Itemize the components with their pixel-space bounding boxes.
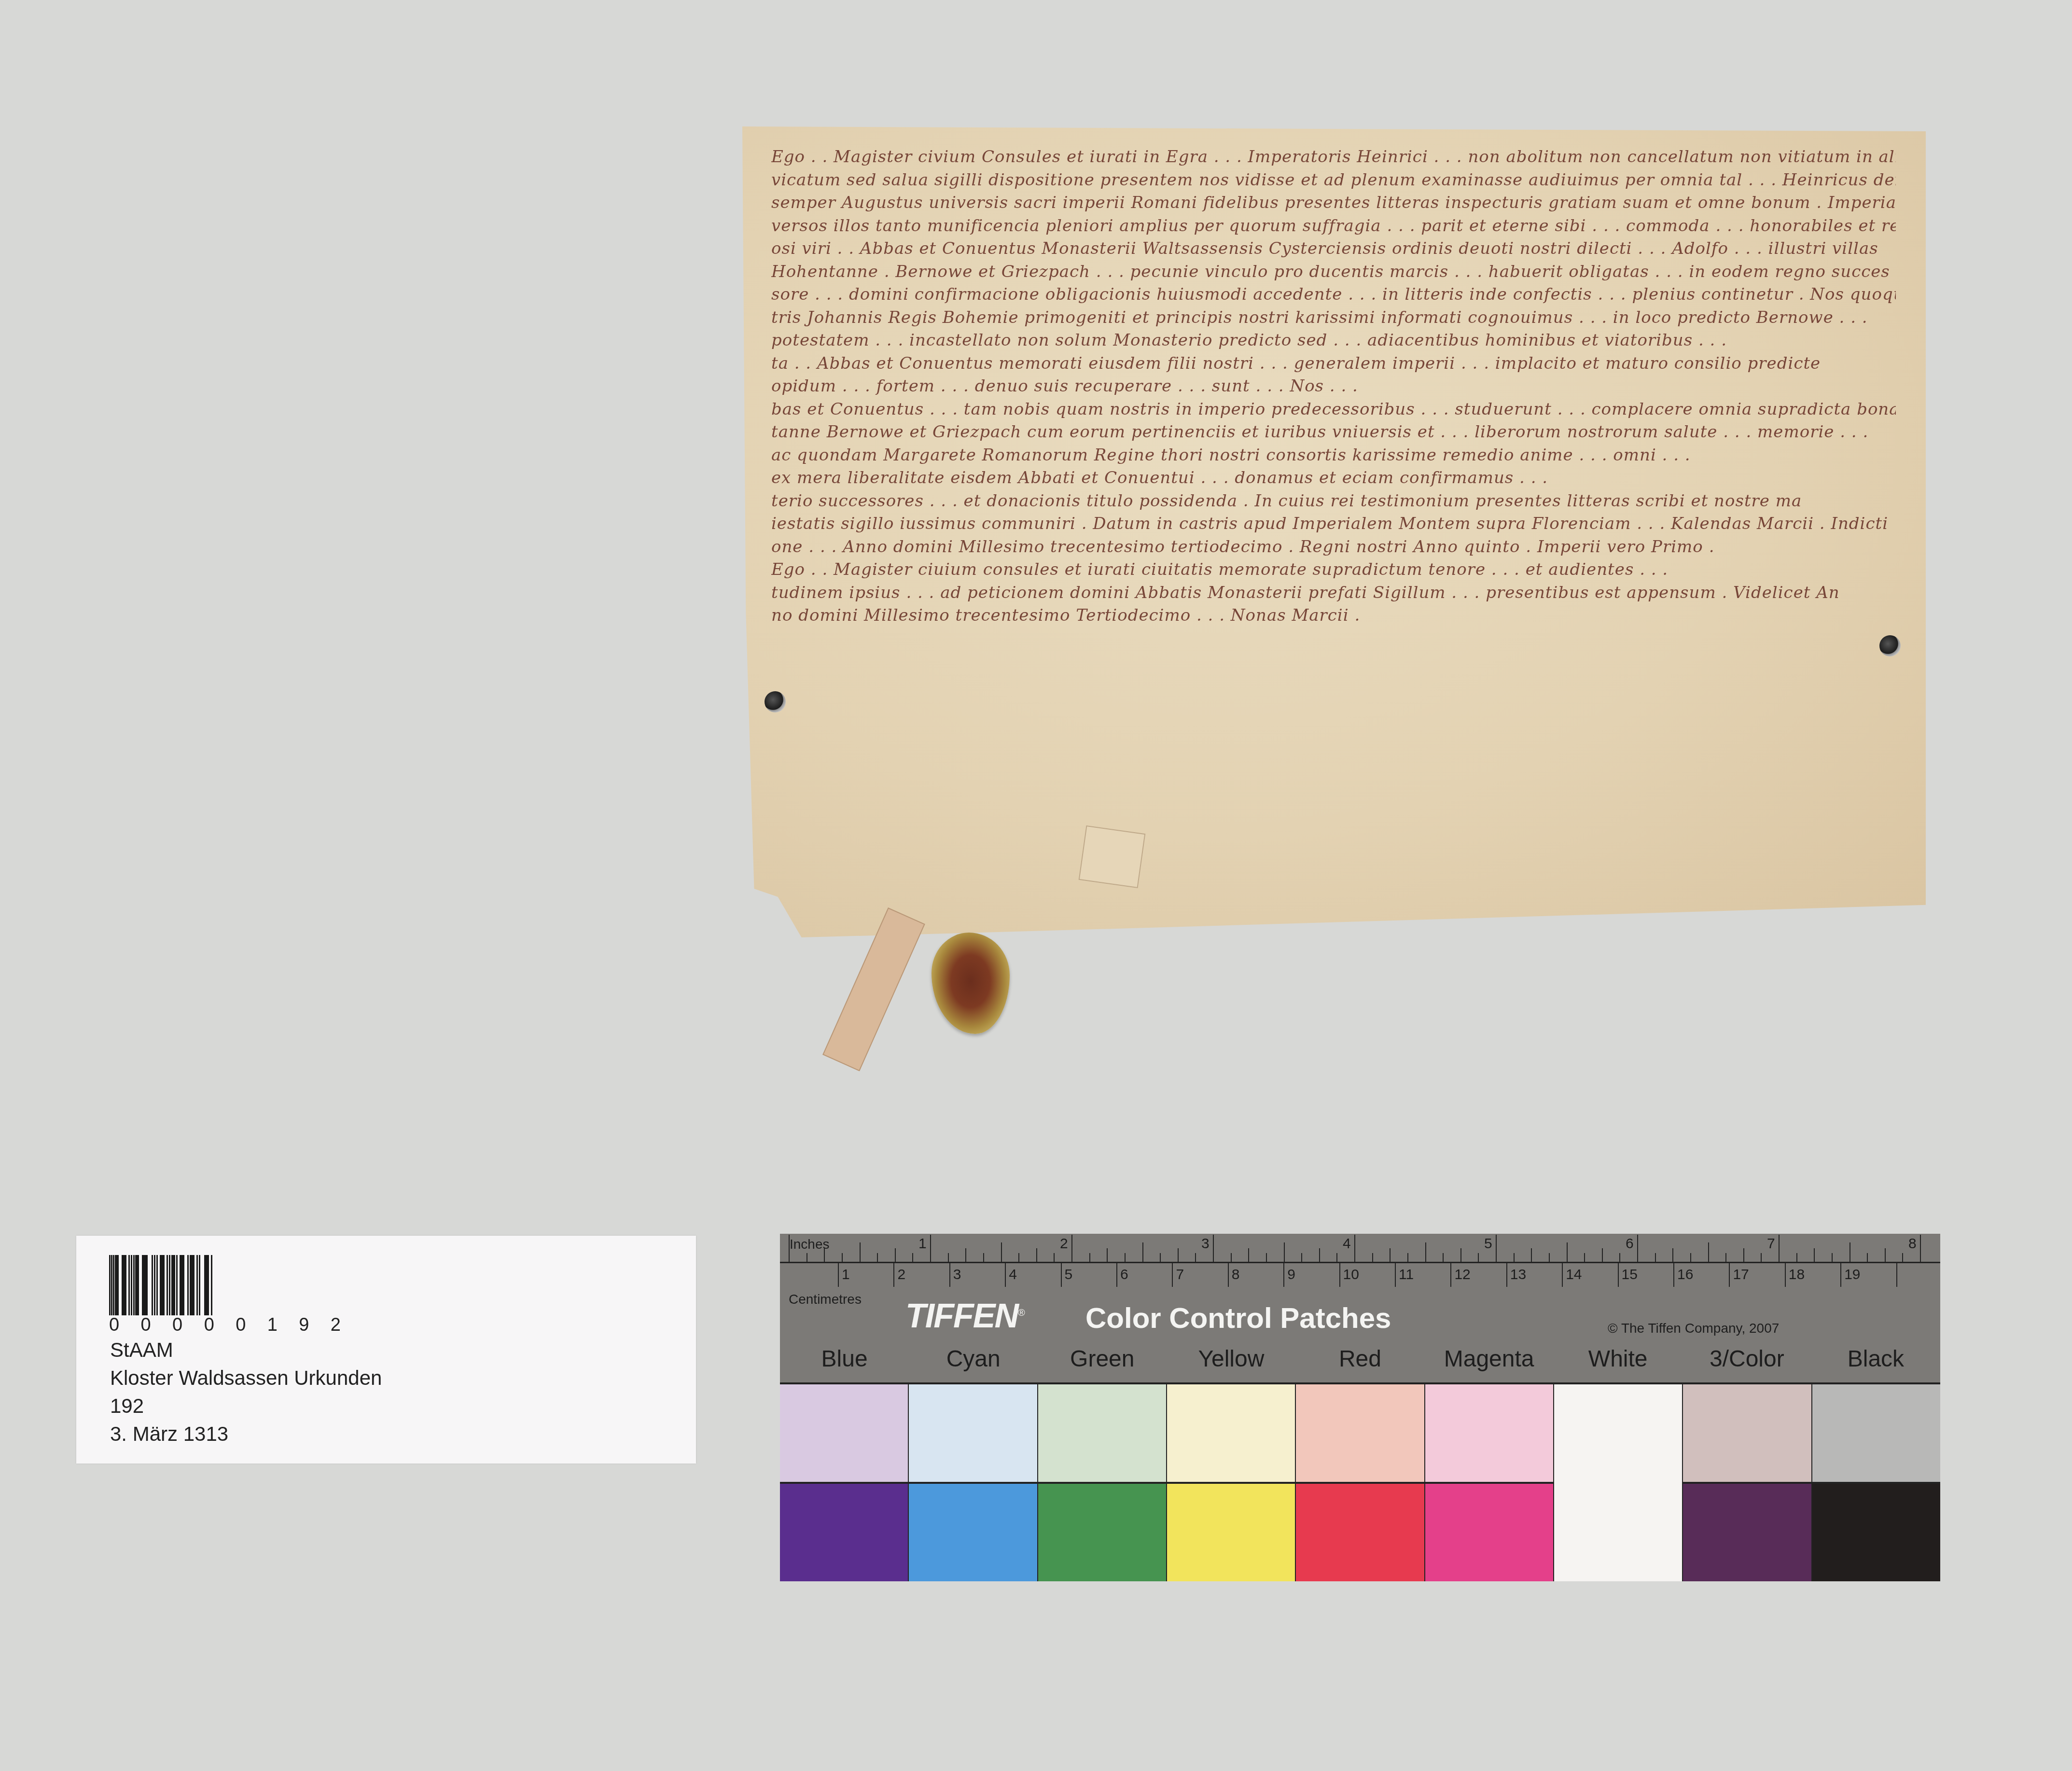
cm-mark: 7 (1176, 1267, 1184, 1283)
cm-mark: 11 (1399, 1267, 1414, 1283)
charter-line: osi viri . . Abbas et Conuentus Monaster… (771, 237, 1896, 261)
patch-dark (1038, 1482, 1166, 1581)
barcode-digit: 0 (172, 1315, 182, 1336)
cm-mark: 18 (1789, 1267, 1805, 1283)
cm-mark: 15 (1622, 1267, 1638, 1283)
charter-line: opidum . . . fortem . . . denuo suis rec… (771, 375, 1896, 398)
patch-light (1425, 1384, 1553, 1482)
charter-line: vicatum sed salua sigilli dispositione p… (771, 169, 1896, 192)
inch-mark: 3 (1201, 1236, 1210, 1252)
charter-line: bas et Conuentus . . . tam nobis quam no… (771, 398, 1896, 421)
barcode-digit: 0 (236, 1315, 246, 1336)
cm-mark: 4 (1009, 1267, 1017, 1283)
label-collection: Kloster Waldsassen Urkunden (110, 1364, 382, 1392)
cm-mark: 5 (1065, 1267, 1073, 1283)
charter-line: Ego . . Magister civium Consules et iura… (771, 146, 1896, 169)
patch-name: Cyan (909, 1346, 1038, 1372)
patch-name: Yellow (1167, 1346, 1295, 1372)
patch-column-cyan (909, 1384, 1038, 1581)
inch-mark: 4 (1343, 1236, 1351, 1252)
patch-column-green (1038, 1384, 1167, 1581)
cm-mark: 1 (842, 1267, 850, 1283)
patch-names: BlueCyanGreenYellowRedMagentaWhite3/Colo… (780, 1346, 1940, 1372)
seal-tag-fold (1079, 825, 1146, 888)
patch-light (1554, 1384, 1682, 1483)
cm-mark: 2 (897, 1267, 905, 1283)
inch-mark: 7 (1767, 1236, 1775, 1252)
barcode-digit: 0 (204, 1315, 214, 1336)
patch-light (780, 1384, 908, 1482)
patch-dark (1425, 1482, 1553, 1581)
card-title: Color Control Patches (1085, 1301, 1391, 1335)
patch-light (1167, 1384, 1295, 1482)
patch-name: Black (1811, 1346, 1940, 1372)
inch-mark: 1 (918, 1236, 927, 1252)
charter-line: terio successores . . . et donacionis ti… (771, 490, 1896, 513)
inch-mark: 5 (1484, 1236, 1492, 1252)
patch-name: Blue (780, 1346, 909, 1372)
charter-line: no domini Millesimo trecentesimo Tertiod… (771, 604, 1896, 628)
patch-dark (909, 1482, 1037, 1581)
cm-mark: 3 (953, 1267, 961, 1283)
patch-column-red (1296, 1384, 1425, 1581)
inch-mark: 2 (1060, 1236, 1068, 1252)
charter-line: tanne Bernowe et Griezpach cum eorum per… (771, 421, 1896, 444)
patch-dark (1554, 1483, 1682, 1581)
cm-mark: 9 (1287, 1267, 1295, 1283)
patch-light (1038, 1384, 1166, 1482)
inch-ruler: Inches 12345678 (780, 1234, 1940, 1263)
patch-light (1683, 1384, 1811, 1482)
charter-line: Hohentanne . Bernowe et Griezpach . . . … (771, 261, 1896, 284)
cm-mark: 10 (1343, 1267, 1359, 1283)
inch-mark: 8 (1908, 1236, 1917, 1252)
barcode-digit: 0 (109, 1315, 119, 1336)
charter-line: ta . . Abbas et Conuentus memorati eiusd… (771, 352, 1896, 376)
color-patches (780, 1382, 1940, 1581)
patch-column-yellow (1167, 1384, 1296, 1581)
archive-label: 00000192 StAAM Kloster Waldsassen Urkund… (76, 1236, 696, 1464)
card-copyright: © The Tiffen Company, 2007 (1608, 1321, 1779, 1336)
patch-light (1296, 1384, 1424, 1482)
charter-text: Ego . . Magister civium Consules et iura… (771, 146, 1896, 628)
cm-mark: 17 (1733, 1267, 1749, 1283)
patch-column-blue (780, 1384, 909, 1581)
charter-line: iestatis sigillo iussimus communiri . Da… (771, 513, 1896, 536)
patch-column-magenta (1425, 1384, 1554, 1581)
patch-dark (1812, 1482, 1940, 1581)
barcode-digit: 0 (141, 1315, 151, 1336)
patch-name: Magenta (1425, 1346, 1554, 1372)
patch-name: Red (1295, 1346, 1424, 1372)
mounting-pin-icon (1879, 635, 1901, 656)
charter-line: ac quondam Margarete Romanorum Regine th… (771, 444, 1896, 467)
cm-mark: 13 (1510, 1267, 1526, 1283)
color-control-card: Inches 12345678 123456789101112131415161… (780, 1234, 1940, 1579)
cm-mark: 12 (1454, 1267, 1470, 1283)
label-number: 192 (110, 1392, 382, 1420)
charter-line: one . . . Anno domini Millesimo trecente… (771, 536, 1896, 559)
centimetres-label: Centimetres (789, 1292, 862, 1307)
patch-name: Green (1038, 1346, 1167, 1372)
mounting-pin-icon (765, 691, 786, 712)
patch-dark (780, 1482, 908, 1581)
label-date: 3. März 1313 (110, 1420, 382, 1448)
patch-column-black (1812, 1384, 1940, 1581)
charter-line: potestatem . . . incastellato non solum … (771, 329, 1896, 352)
cm-mark: 14 (1566, 1267, 1582, 1283)
tiffen-logo: TIFFEN® (905, 1297, 1024, 1335)
barcode-digit: 9 (299, 1315, 309, 1336)
barcode-digit: 2 (331, 1315, 341, 1336)
patch-dark (1296, 1482, 1424, 1581)
wax-seal (932, 933, 1010, 1034)
patch-dark (1167, 1482, 1295, 1581)
inches-label: Inches (790, 1237, 830, 1252)
barcode-digit: 1 (267, 1315, 278, 1336)
charter-line: semper Augustus universis sacri imperii … (771, 192, 1896, 215)
cm-mark: 16 (1677, 1267, 1693, 1283)
patch-column-3-color (1683, 1384, 1812, 1581)
cm-mark: 8 (1232, 1267, 1240, 1283)
cm-mark: 19 (1844, 1267, 1860, 1283)
patch-dark (1683, 1482, 1811, 1581)
charter-parchment: Ego . . Magister civium Consules et iura… (742, 126, 1926, 937)
charter-line: tris Johannis Regis Bohemie primogeniti … (771, 307, 1896, 330)
patch-name: White (1554, 1346, 1683, 1372)
cm-mark: 6 (1120, 1267, 1128, 1283)
barcode-icon (109, 1255, 337, 1315)
label-archive: StAAM (110, 1336, 382, 1364)
charter-line: versos illos tanto munificencia pleniori… (771, 215, 1896, 238)
inch-mark: 6 (1626, 1236, 1634, 1252)
patch-light (1812, 1384, 1940, 1482)
charter-line: sore . . . domini confirmacione obligaci… (771, 283, 1896, 307)
patch-name: 3/Color (1683, 1346, 1811, 1372)
charter-line: ex mera liberalitate eisdem Abbati et Co… (771, 467, 1896, 490)
patch-column-white (1554, 1384, 1683, 1581)
charter-line: tudinem ipsius . . . ad peticionem domin… (771, 582, 1896, 605)
patch-light (909, 1384, 1037, 1482)
barcode-digits: 00000192 (109, 1315, 341, 1336)
charter-line: Ego . . Magister ciuium consules et iura… (771, 558, 1896, 582)
